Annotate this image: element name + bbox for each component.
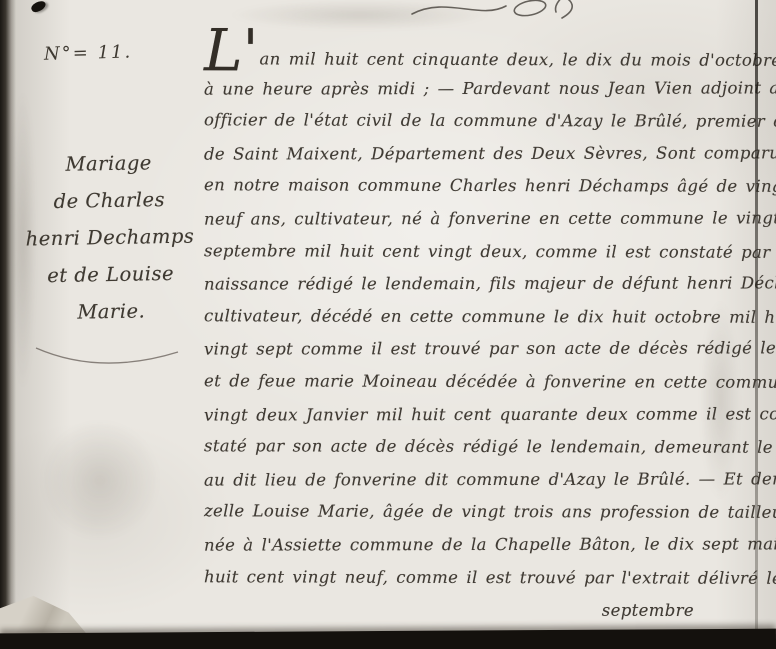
text-line: staté par son acte de décès rédigé le le… [204, 436, 760, 470]
title-line: de Charles [23, 181, 196, 221]
title-line: Marie. [25, 291, 198, 331]
text-line: huit cent vingt neuf, comme il est trouv… [204, 567, 760, 601]
act-text: L'an mil huit cent cinquante deux, le di… [204, 46, 760, 631]
document-page: N°= 11. Mariage de Charles henri Dechamp… [0, 0, 776, 649]
marriage-title: Mariage de Charles henri Dechamps et de … [22, 144, 197, 332]
act-number: N°= 11. [24, 40, 196, 65]
text-line: au dit lieu de fonverine dit commune d'A… [204, 469, 760, 503]
scan-edge-bottom [0, 629, 776, 649]
binding-edge-left [0, 0, 16, 649]
text-line: officier de l'état civil de la commune d… [204, 110, 760, 144]
text-line: septembre mil huit cent vingt deux, comm… [204, 241, 760, 275]
text-line: cultivateur, décédé en cette commune le … [204, 306, 760, 340]
bleedthrough-smudge [40, 420, 160, 540]
text-line: vingt sept comme il est trouvé par son a… [204, 339, 760, 373]
text-line: naissance rédigé le lendemain, fils maje… [204, 274, 760, 308]
text-line: et de feue marie Moineau décédée à fonve… [204, 371, 760, 405]
text-line: née à l'Assiette commune de la Chapelle … [204, 534, 760, 568]
title-line: Mariage [22, 144, 195, 184]
ink-flourish [408, 0, 608, 30]
margin-annotations: N°= 11. Mariage de Charles henri Dechamp… [24, 42, 196, 330]
text-line: en notre maison commune Charles henri Dé… [204, 176, 760, 210]
catchword: septembre [204, 601, 760, 631]
text-line: neuf ans, cultivateur, né à fonverine en… [204, 208, 760, 242]
title-line: henri Dechamps [24, 218, 197, 258]
title-line: et de Louise [24, 254, 197, 294]
text-line: à une heure après midi ; — Pardevant nou… [204, 78, 760, 112]
page-edge-right [755, 0, 776, 649]
ink-blot [30, 0, 47, 14]
text-line: de Saint Maixent, Département des Deux S… [204, 143, 760, 177]
text-line: vingt deux Janvier mil huit cent quarant… [204, 404, 760, 438]
text-line: L'an mil huit cent cinquante deux, le di… [204, 45, 760, 79]
underline-flourish [30, 342, 190, 376]
text-line: zelle Louise Marie, âgée de vingt trois … [204, 502, 760, 536]
